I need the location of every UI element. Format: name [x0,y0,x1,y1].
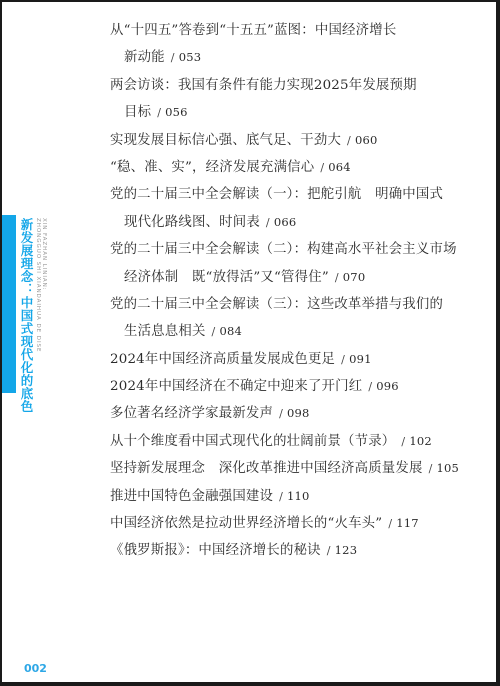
toc-entry[interactable]: 中国经济依然是拉动世界经济增长的“火车头”/117 [110,510,490,537]
table-of-contents: 从“十四五”答卷到“十五五”蓝图：中国经济增长新动能/053两会访谈：我国有条件… [110,17,490,565]
running-title: 新发展理念：中国式现代化的底色 [19,218,33,413]
toc-separator: / [429,462,433,475]
toc-page-number: 056 [165,105,188,119]
toc-entry-title: 党的二十届三中全会解读（一）：把舵引航 明确中国式 [110,181,490,208]
toc-entry-title-continued: 现代化路线图、时间表/066 [110,209,490,236]
toc-separator: / [171,51,175,64]
toc-title-text: 现代化路线图、时间表 [124,215,260,230]
toc-separator: / [341,353,345,366]
toc-entry-title: 党的二十届三中全会解读（二）：构建高水平社会主义市场 [110,236,490,263]
toc-title-text: “稳、准、实”，经济发展充满信心 [110,160,314,175]
page-number: 002 [24,662,47,675]
toc-title-text: 从十个维度看中国式现代化的壮阔前景（节录） [110,434,395,449]
toc-title-text: 推进中国特色金融强国建设 [110,489,273,504]
toc-entry[interactable]: “稳、准、实”，经济发展充满信心/064 [110,154,490,181]
toc-entry[interactable]: 实现发展目标信心强、底气足、干劲大/060 [110,127,490,154]
toc-page-number: 117 [396,516,419,530]
toc-separator: / [157,106,161,119]
toc-page-number: 064 [328,160,351,174]
toc-separator: / [279,490,283,503]
toc-title-text: 实现发展目标信心强、底气足、干劲大 [110,133,341,148]
toc-title-text: 坚持新发展理念 深化改革推进中国经济高质量发展 [110,461,423,476]
toc-separator: / [368,380,372,393]
toc-separator: / [335,271,339,284]
toc-page-number: 091 [349,352,372,366]
toc-page-number: 110 [287,489,310,503]
toc-title-text: 2024年中国经济在不确定中迎来了开门红 [110,379,362,394]
book-page: 新发展理念：中国式现代化的底色 XIN FAZHAN LINIAN: ZHONG… [2,2,496,682]
toc-page-number: 098 [287,406,310,420]
toc-entry[interactable]: 2024年中国经济在不确定中迎来了开门红/096 [110,373,490,400]
toc-separator: / [266,216,270,229]
toc-page-number: 060 [355,133,378,147]
toc-separator: / [401,435,405,448]
toc-entry-title-continued: 新动能/053 [110,44,490,71]
toc-page-number: 053 [179,50,202,64]
toc-entry[interactable]: 坚持新发展理念 深化改革推进中国经济高质量发展/105 [110,455,490,482]
pinyin-line-2: ZHONGGUO SHI XIANDAIHUA DE DISE [35,218,41,352]
toc-page-number: 105 [437,461,460,475]
toc-entry-title: 从十个维度看中国式现代化的壮阔前景（节录）/102 [110,428,490,455]
toc-entry[interactable]: 党的二十届三中全会解读（二）：构建高水平社会主义市场经济体制 既“放得活”又“管… [110,236,490,291]
toc-entry-title-continued: 经济体制 既“放得活”又“管得住”/070 [110,264,490,291]
toc-entry-title: 两会访谈：我国有条件有能力实现2025年发展预期 [110,72,490,99]
toc-entry-title: 多位著名经济学家最新发声/098 [110,400,490,427]
toc-title-text: 党的二十届三中全会解读（二）：构建高水平社会主义市场 [110,242,457,257]
toc-entry-title: 2024年中国经济在不确定中迎来了开门红/096 [110,373,490,400]
toc-title-text: 两会访谈：我国有条件有能力实现2025年发展预期 [110,78,417,93]
toc-entry[interactable]: 2024年中国经济高质量发展成色更足/091 [110,346,490,373]
toc-separator: / [347,134,351,147]
toc-entry-title: 2024年中国经济高质量发展成色更足/091 [110,346,490,373]
toc-entry-title: “稳、准、实”，经济发展充满信心/064 [110,154,490,181]
toc-entry[interactable]: 多位著名经济学家最新发声/098 [110,400,490,427]
toc-page-number: 096 [376,379,399,393]
toc-entry-title: 中国经济依然是拉动世界经济增长的“火车头”/117 [110,510,490,537]
running-title-pinyin: XIN FAZHAN LINIAN: ZHONGGUO SHI XIANDAIH… [34,218,47,396]
toc-page-number: 102 [409,434,432,448]
toc-title-text: 党的二十届三中全会解读（一）：把舵引航 明确中国式 [110,187,443,202]
toc-entry-title: 党的二十届三中全会解读（三）：这些改革举措与我们的 [110,291,490,318]
toc-entry-title: 从“十四五”答卷到“十五五”蓝图：中国经济增长 [110,17,490,44]
toc-separator: / [212,325,216,338]
toc-entry[interactable]: 《俄罗斯报》：中国经济增长的秘诀/123 [110,537,490,564]
toc-page-number: 084 [219,324,242,338]
toc-title-text: 2024年中国经济高质量发展成色更足 [110,352,335,367]
toc-title-text: 目标 [124,105,151,120]
chapter-color-band [2,215,16,393]
toc-entry[interactable]: 两会访谈：我国有条件有能力实现2025年发展预期目标/056 [110,72,490,127]
toc-title-text: 新动能 [124,50,165,65]
toc-title-text: 生活息息相关 [124,324,206,339]
toc-entry[interactable]: 推进中国特色金融强国建设/110 [110,483,490,510]
toc-title-text: 经济体制 既“放得活”又“管得住” [124,270,329,285]
toc-separator: / [327,544,331,557]
toc-separator: / [279,407,283,420]
toc-page-number: 070 [343,270,366,284]
toc-page-number: 123 [335,543,358,557]
toc-entry[interactable]: 从“十四五”答卷到“十五五”蓝图：中国经济增长新动能/053 [110,17,490,72]
toc-separator: / [388,517,392,530]
toc-title-text: 《俄罗斯报》：中国经济增长的秘诀 [110,543,321,558]
toc-separator: / [320,161,324,174]
toc-entry-title: 实现发展目标信心强、底气足、干劲大/060 [110,127,490,154]
toc-title-text: 从“十四五”答卷到“十五五”蓝图：中国经济增长 [110,23,396,38]
toc-entry[interactable]: 从十个维度看中国式现代化的壮阔前景（节录）/102 [110,428,490,455]
toc-entry[interactable]: 党的二十届三中全会解读（一）：把舵引航 明确中国式现代化路线图、时间表/066 [110,181,490,236]
toc-page-number: 066 [274,215,297,229]
pinyin-line-1: XIN FAZHAN LINIAN: [41,218,47,291]
toc-entry-title: 推进中国特色金融强国建设/110 [110,483,490,510]
toc-entry-title: 坚持新发展理念 深化改革推进中国经济高质量发展/105 [110,455,490,482]
toc-title-text: 中国经济依然是拉动世界经济增长的“火车头” [110,516,382,531]
toc-entry[interactable]: 党的二十届三中全会解读（三）：这些改革举措与我们的生活息息相关/084 [110,291,490,346]
toc-entry-title: 《俄罗斯报》：中国经济增长的秘诀/123 [110,537,490,564]
toc-title-text: 多位著名经济学家最新发声 [110,406,273,421]
toc-entry-title-continued: 目标/056 [110,99,490,126]
toc-entry-title-continued: 生活息息相关/084 [110,318,490,345]
toc-title-text: 党的二十届三中全会解读（三）：这些改革举措与我们的 [110,297,443,312]
